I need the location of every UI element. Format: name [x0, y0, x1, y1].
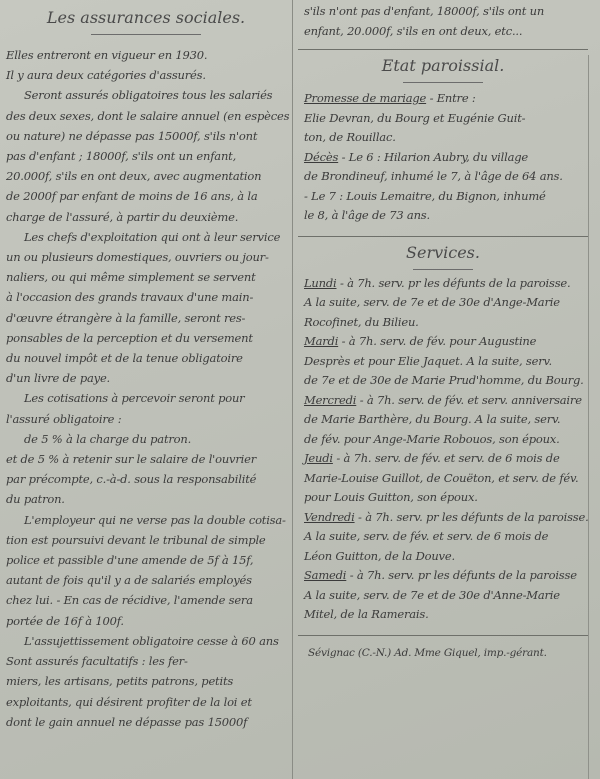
- deces-line: - Le 6 : Hilarion Aubry, du village: [342, 150, 528, 164]
- title-underline: [91, 31, 201, 35]
- service-day: Mardi: [304, 334, 338, 348]
- continuation-text: s'ils n'ont pas d'enfant, 18000f, s'ils …: [298, 2, 588, 41]
- service-text: A la suite, serv. de 7e et de 30e d'Ange…: [304, 295, 560, 309]
- service-line: Rocofinet, du Bilieu.: [304, 313, 588, 333]
- service-line: A la suite, serv. de fév. et serv. de 6 …: [304, 527, 588, 547]
- service-line: A la suite, serv. de 7e et de 30e d'Ange…: [304, 293, 588, 313]
- etat-paroissial-title: Etat paroissial.: [298, 56, 588, 75]
- text-line: Il y aura deux catégories d'assurés.: [6, 65, 292, 85]
- service-text: - à 7h. serv. de fév. et serv. anniversa…: [360, 393, 582, 407]
- text-line: ou nature) ne dépasse pas 15000f, s'ils …: [6, 126, 292, 146]
- service-line: Vendredi - à 7h. serv. pr les défunts de…: [304, 508, 588, 528]
- services-underline: [413, 266, 473, 270]
- section-rule: [298, 49, 588, 50]
- column-divider: [292, 0, 297, 779]
- text-line: Elles entreront en vigueur en 1930.: [6, 45, 292, 65]
- etat-underline: [403, 79, 483, 83]
- deces-line: de Brondineuf, inhumé le 7, à l'âge de 6…: [304, 167, 588, 187]
- text-line: à l'occasion des grands travaux d'une ma…: [6, 287, 292, 307]
- service-line: Desprès et pour Elie Jaquet. A la suite,…: [304, 352, 588, 372]
- left-title: Les assurances sociales.: [0, 8, 292, 27]
- services-list: Lundi - à 7h. serv. pr les défunts de la…: [298, 274, 588, 625]
- service-text: de 7e et de 30e de Marie Prud'homme, du …: [304, 373, 584, 387]
- right-column: s'ils n'ont pas d'enfant, 18000f, s'ils …: [298, 0, 588, 779]
- service-text: Desprès et pour Elie Jaquet. A la suite,…: [304, 354, 552, 368]
- right-border-line: [588, 55, 589, 779]
- service-text: - à 7h. serv. de fév. et serv. de 6 mois…: [336, 451, 559, 465]
- service-text: Marie-Louise Guillot, de Couëton, et ser…: [304, 471, 578, 485]
- service-line: Samedi - à 7h. serv. pr les défunts de l…: [304, 566, 588, 586]
- text-line: de 5 % à la charge du patron.: [6, 429, 292, 449]
- text-line: autant de fois qu'il y a de salariés emp…: [6, 570, 292, 590]
- service-day: Lundi: [304, 276, 337, 290]
- service-line: Lundi - à 7h. serv. pr les défunts de la…: [304, 274, 588, 294]
- mariage-heading: Promesse de mariage: [304, 91, 426, 105]
- service-text: Rocofinet, du Bilieu.: [304, 315, 419, 329]
- left-column: Les assurances sociales. Elles entreront…: [0, 0, 292, 779]
- service-text: pour Louis Guitton, son époux.: [304, 490, 478, 504]
- service-line: Mercredi - à 7h. serv. de fév. et serv. …: [304, 391, 588, 411]
- text-line: un ou plusieurs domestiques, ouvriers ou…: [6, 247, 292, 267]
- service-line: pour Louis Guitton, son époux.: [304, 488, 588, 508]
- service-line: Mardi - à 7h. serv. de fév. pour Augusti…: [304, 332, 588, 352]
- text-line: tion est poursuivi devant le tribunal de…: [6, 530, 292, 550]
- text-line: exploitants, qui désirent profiter de la…: [6, 692, 292, 712]
- imprint: Sévignac (C.-N.) Ad. Mme Giquel, imp.-gé…: [298, 644, 588, 664]
- text-line: L'assujettissement obligatoire cesse à 6…: [6, 631, 292, 651]
- section-rule: [298, 635, 588, 636]
- service-line: Marie-Louise Guillot, de Couëton, et ser…: [304, 469, 588, 489]
- text-line: naliers, ou qui même simplement se serve…: [6, 267, 292, 287]
- section-rule: [298, 236, 588, 237]
- text-line: ponsables de la perception et du verseme…: [6, 328, 292, 348]
- service-day: Samedi: [304, 568, 346, 582]
- text-line: Les chefs d'exploitation qui ont à leur …: [6, 227, 292, 247]
- service-text: - à 7h. serv. pr les défunts de la paroi…: [340, 276, 571, 290]
- services-title: Services.: [298, 243, 588, 262]
- mariage-line: ton, de Rouillac.: [304, 128, 588, 148]
- service-line: Jeudi - à 7h. serv. de fév. et serv. de …: [304, 449, 588, 469]
- text-line: d'œuvre étrangère à la famille, seront r…: [6, 308, 292, 328]
- text-line: Seront assurés obligatoires tous les sal…: [6, 85, 292, 105]
- deces-line: - Le 7 : Louis Lemaitre, du Bignon, inhu…: [304, 187, 588, 207]
- service-text: A la suite, serv. de 7e et de 30e d'Anne…: [304, 588, 560, 602]
- text-line: portée de 16f à 100f.: [6, 611, 292, 631]
- text-line: chez lui. - En cas de récidive, l'amende…: [6, 590, 292, 610]
- service-text: Léon Guitton, de la Douve.: [304, 549, 455, 563]
- text-line: L'employeur qui ne verse pas la double c…: [6, 510, 292, 530]
- service-day: Mercredi: [304, 393, 356, 407]
- service-line: Léon Guitton, de la Douve.: [304, 547, 588, 567]
- service-text: - à 7h. serv. pr les défunts de la paroi…: [358, 510, 589, 524]
- mariage-section: Promesse de mariage - Entre : Elie Devra…: [298, 89, 588, 226]
- service-text: de Marie Barthère, du Bourg. A la suite,…: [304, 412, 560, 426]
- text-line: Les cotisations à percevoir seront pour: [6, 388, 292, 408]
- service-text: de fév. pour Ange-Marie Robouos, son épo…: [304, 432, 560, 446]
- service-line: de fév. pour Ange-Marie Robouos, son épo…: [304, 430, 588, 450]
- text-line: police et passible d'une amende de 5f à …: [6, 550, 292, 570]
- text-line: Sont assurés facultatifs : les fer-: [6, 651, 292, 671]
- text-line: de 2000f par enfant de moins de 16 ans, …: [6, 186, 292, 206]
- text-line: du nouvel impôt et de la tenue obligatoi…: [6, 348, 292, 368]
- document-page: Les assurances sociales. Elles entreront…: [0, 0, 600, 779]
- text-line: dont le gain annuel ne dépasse pas 15000…: [6, 712, 292, 732]
- service-line: de Marie Barthère, du Bourg. A la suite,…: [304, 410, 588, 430]
- service-line: de 7e et de 30e de Marie Prud'homme, du …: [304, 371, 588, 391]
- text-line: charge de l'assuré, à partir du deuxième…: [6, 207, 292, 227]
- text-line: des deux sexes, dont le salaire annuel (…: [6, 106, 292, 126]
- service-text: Mitel, de la Ramerais.: [304, 607, 429, 621]
- text-line: d'un livre de paye.: [6, 368, 292, 388]
- service-line: Mitel, de la Ramerais.: [304, 605, 588, 625]
- service-text: - à 7h. serv. de fév. pour Augustine: [342, 334, 537, 348]
- deces-line: le 8, à l'âge de 73 ans.: [304, 206, 588, 226]
- text-line: l'assuré obligatoire :: [6, 409, 292, 429]
- mariage-line: Elie Devran, du Bourg et Eugénie Guit-: [304, 109, 588, 129]
- mariage-entre: - Entre :: [430, 91, 476, 105]
- deces-heading: Décès: [304, 150, 338, 164]
- service-text: A la suite, serv. de fév. et serv. de 6 …: [304, 529, 548, 543]
- service-day: Jeudi: [304, 451, 333, 465]
- service-text: - à 7h. serv. pr les défunts de la paroi…: [350, 568, 577, 582]
- text-line: enfant, 20.000f, s'ils en ont deux, etc.…: [304, 22, 588, 42]
- text-line: pas d'enfant ; 18000f, s'ils ont un enfa…: [6, 146, 292, 166]
- text-line: du patron.: [6, 489, 292, 509]
- text-line: 20.000f, s'ils en ont deux, avec augment…: [6, 166, 292, 186]
- text-line: par précompte, c.-à-d. sous la responsab…: [6, 469, 292, 489]
- service-line: A la suite, serv. de 7e et de 30e d'Anne…: [304, 586, 588, 606]
- text-line: et de 5 % à retenir sur le salaire de l'…: [6, 449, 292, 469]
- left-body: Elles entreront en vigueur en 1930.Il y …: [0, 45, 292, 732]
- text-line: s'ils n'ont pas d'enfant, 18000f, s'ils …: [304, 2, 588, 22]
- service-day: Vendredi: [304, 510, 355, 524]
- text-line: miers, les artisans, petits patrons, pet…: [6, 671, 292, 691]
